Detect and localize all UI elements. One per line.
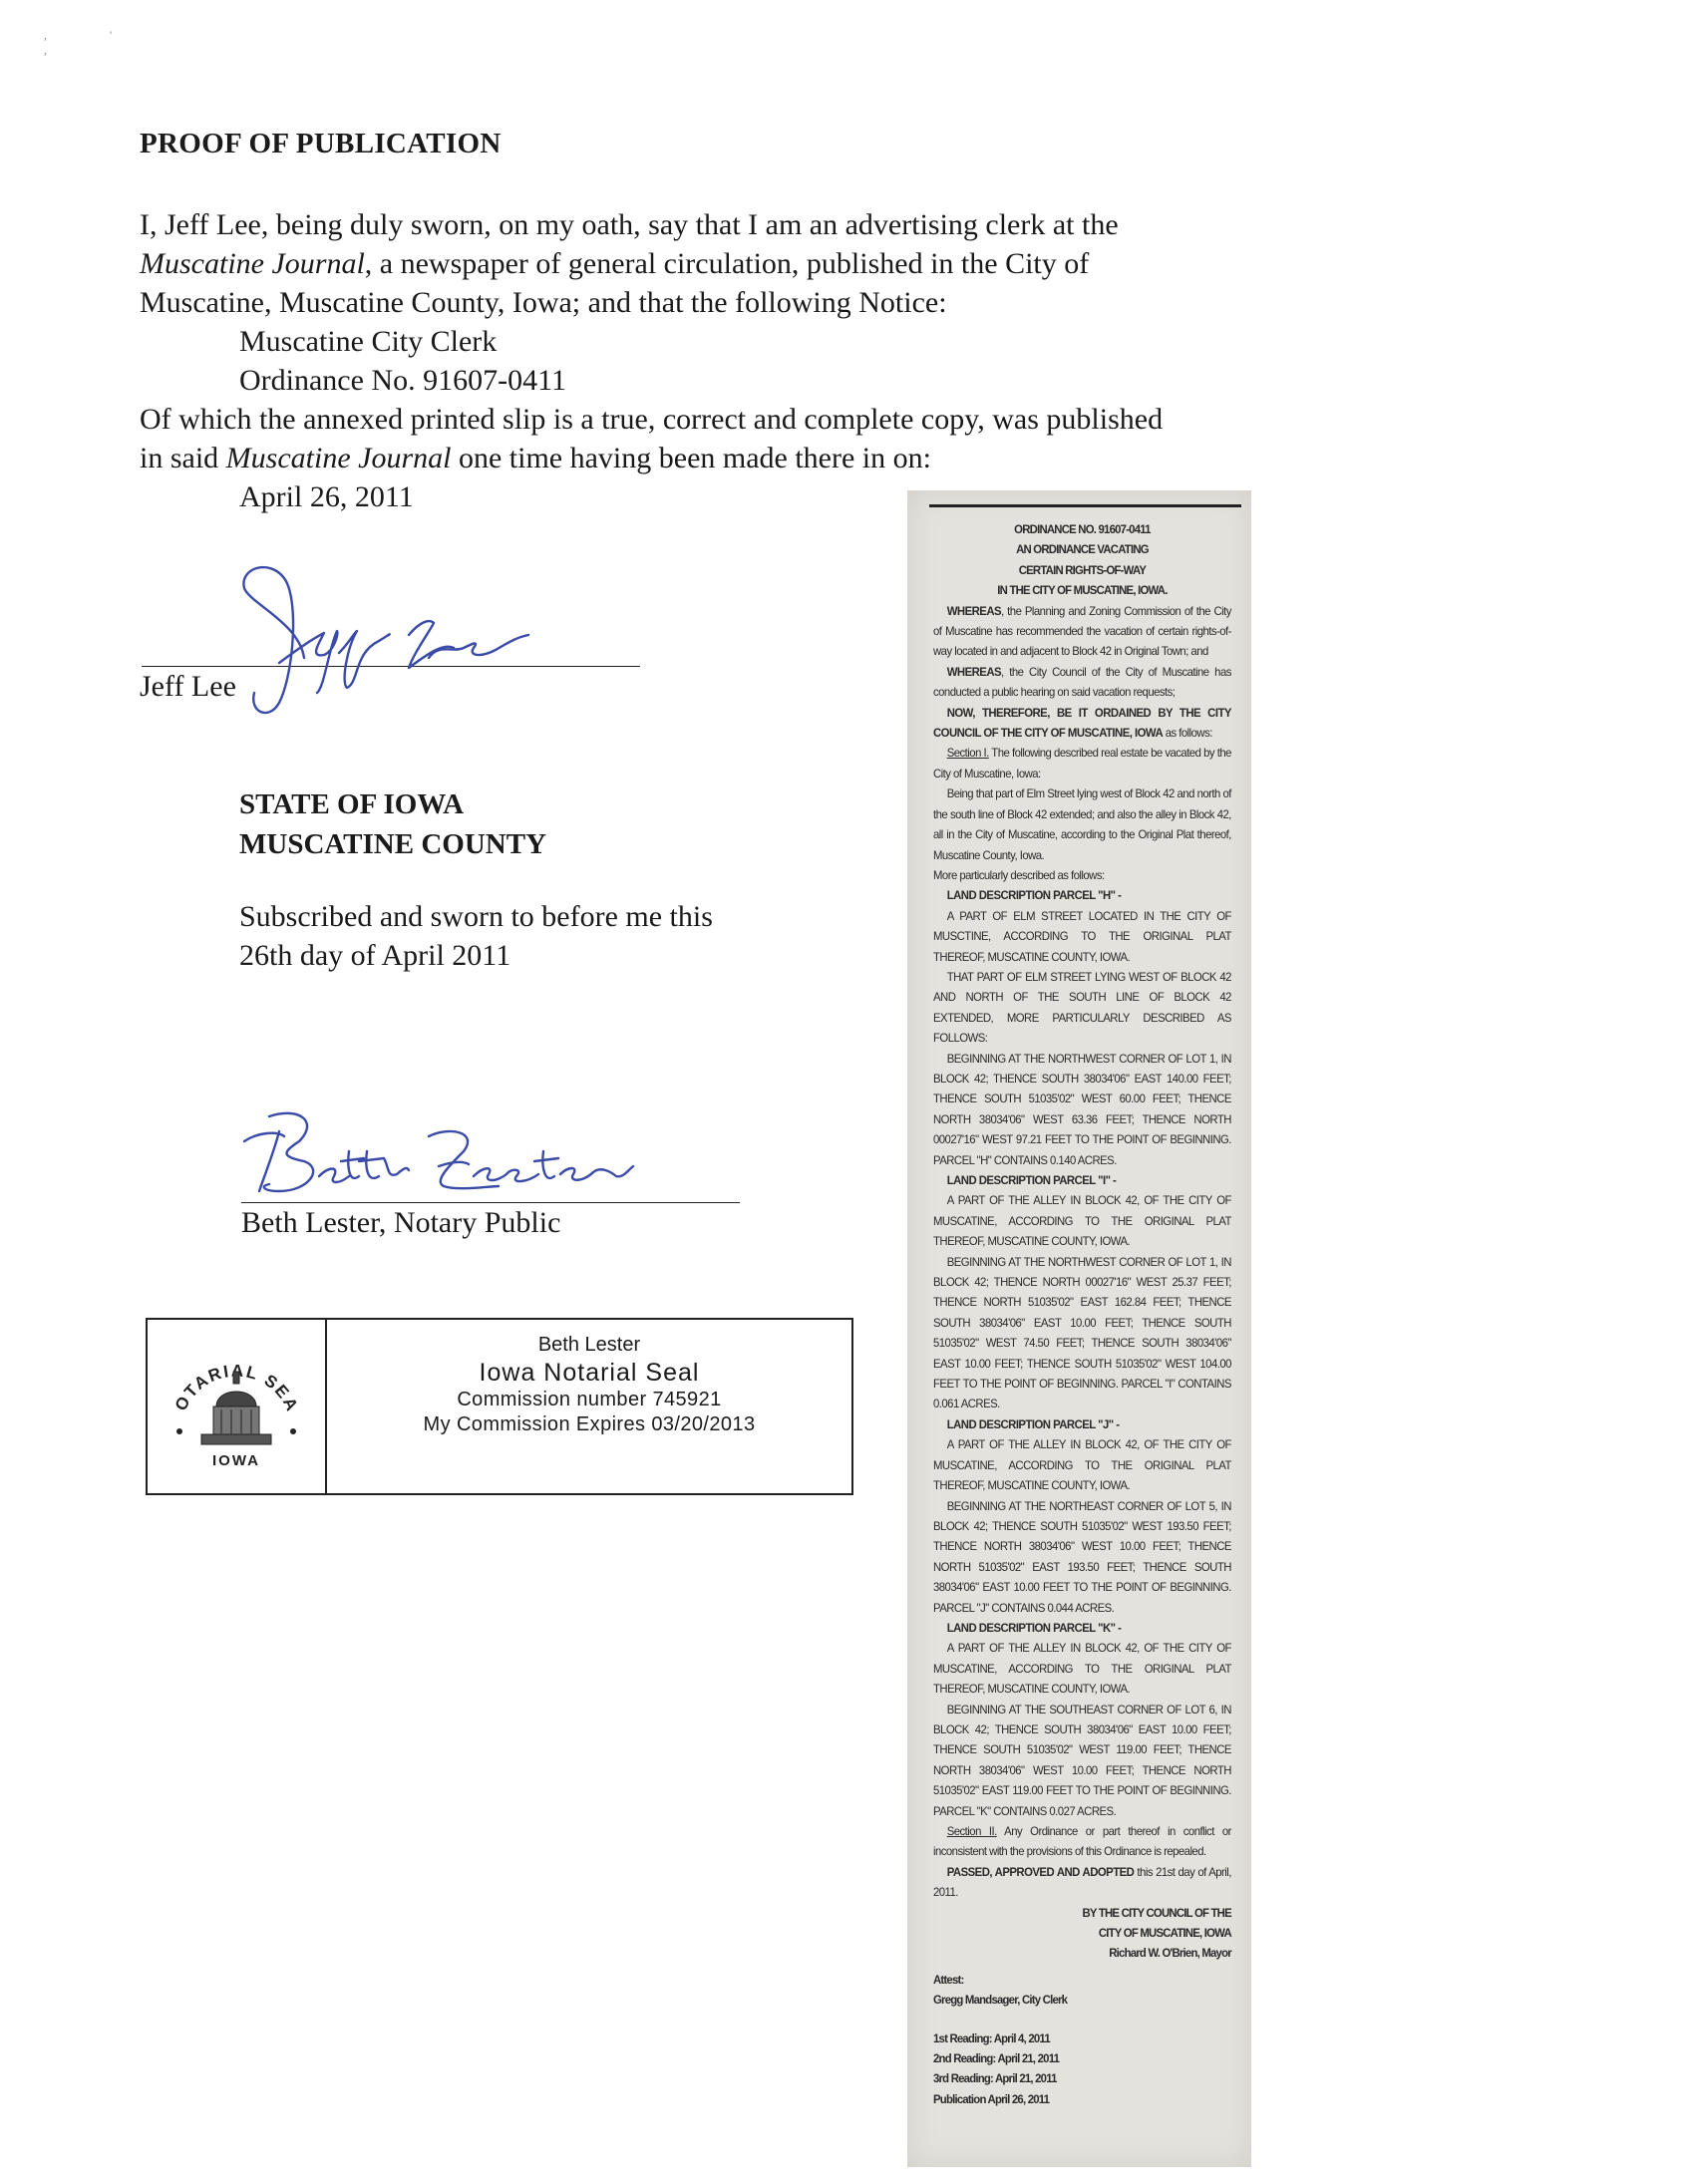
notice-line-1: Muscatine City Clerk — [140, 322, 1316, 361]
affidavit-line-5: in said Muscatine Journal one time havin… — [140, 439, 1316, 477]
jurat-line-1: Subscribed and sworn to before me this — [239, 897, 713, 936]
newspaper-clipping: ORDINANCE NO. 91607-0411 AN ORDINANCE VA… — [907, 490, 1251, 2167]
parcel-description: BEGINNING AT THE NORTHWEST CORNER OF LOT… — [933, 1050, 1231, 1171]
page-title: PROOF OF PUBLICATION — [140, 128, 502, 160]
parcel-heading: LAND DESCRIPTION PARCEL "I" - — [933, 1171, 1231, 1191]
notary-seal-stamp: NOTARIAL SEAL IOWA Beth Lester Iowa Nota… — [146, 1318, 853, 1495]
parcel-block: LAND DESCRIPTION PARCEL "I" -A PART OF T… — [933, 1171, 1231, 1415]
being-clause: Being that part of Elm Street lying west… — [933, 784, 1231, 866]
publication-line: Publication April 26, 2011 — [933, 2090, 1231, 2110]
clipping-top-rule — [929, 504, 1241, 507]
venue-state: STATE OF IOWA — [239, 784, 546, 824]
parcel-description: BEGINNING AT THE NORTHEAST CORNER OF LOT… — [933, 1497, 1231, 1619]
parcel-heading: LAND DESCRIPTION PARCEL "K" - — [933, 1619, 1231, 1639]
whereas-2: WHEREAS, the City Council of the City of… — [933, 663, 1231, 704]
capitol-dome-seal-icon: NOTARIAL SEAL IOWA — [162, 1332, 311, 1481]
signoff-line-2: CITY OF MUSCATINE, IOWA — [933, 1924, 1231, 1944]
passed-clause: PASSED, APPROVED AND ADOPTED this 21st d… — [933, 1863, 1231, 1904]
affidavit-line-2: Muscatine Journal, a newspaper of genera… — [140, 244, 1316, 283]
venue-block: STATE OF IOWA MUSCATINE COUNTY — [239, 784, 546, 864]
venue-county: MUSCATINE COUNTY — [239, 824, 546, 864]
parcel-intro: A PART OF THE ALLEY IN BLOCK 42, OF THE … — [933, 1639, 1231, 1700]
parcel-block: LAND DESCRIPTION PARCEL "J" -A PART OF T… — [933, 1415, 1231, 1619]
affiant-signature-icon — [229, 563, 588, 723]
mayor-name: Richard W. O'Brien, Mayor — [933, 1944, 1231, 1964]
ordinance-title-2: CERTAIN RIGHTS-OF-WAY — [933, 561, 1231, 581]
notary-seal-text: Beth Lester Iowa Notarial Seal Commissio… — [327, 1320, 851, 1493]
attest-name: Gregg Mandsager, City Clerk — [933, 1991, 1231, 2011]
more-particularly: More particularly described as follows: — [933, 866, 1231, 886]
section-1: Section I. The following described real … — [933, 744, 1231, 784]
scan-margin-marks: , ' , — [44, 28, 164, 48]
jurat-line-2: 26th day of April 2011 — [239, 936, 713, 975]
seal-title: Iowa Notarial Seal — [327, 1358, 851, 1388]
ordinance-title-3: IN THE CITY OF MUSCATINE, IOWA. — [933, 581, 1231, 601]
parcel-intro: A PART OF THE ALLEY IN BLOCK 42, OF THE … — [933, 1435, 1231, 1496]
affidavit-line-1: I, Jeff Lee, being duly sworn, on my oat… — [140, 205, 1316, 244]
ordinance-title-1: AN ORDINANCE VACATING — [933, 540, 1231, 560]
affiant-printed-name: Jeff Lee — [140, 670, 236, 704]
parcel-block: LAND DESCRIPTION PARCEL "K" -A PART OF T… — [933, 1619, 1231, 1822]
reading-2: 2nd Reading: April 21, 2011 — [933, 2049, 1231, 2069]
signoff-line-1: BY THE CITY COUNCIL OF THE — [933, 1904, 1231, 1924]
jurat-block: Subscribed and sworn to before me this 2… — [239, 897, 713, 975]
seal-notary-name: Beth Lester — [327, 1332, 851, 1358]
attest-label: Attest: — [933, 1971, 1231, 1991]
parcel-extra: THAT PART OF ELM STREET LYING WEST OF BL… — [933, 968, 1231, 1050]
newspaper-name-2: Muscatine Journal — [226, 442, 452, 474]
section-2: Section II. Any Ordinance or part thereo… — [933, 1822, 1231, 1863]
parcel-description: BEGINNING AT THE NORTHWEST CORNER OF LOT… — [933, 1253, 1231, 1415]
affidavit-line-3: Muscatine, Muscatine County, Iowa; and t… — [140, 283, 1316, 322]
whereas-1: WHEREAS, the Planning and Zoning Commiss… — [933, 602, 1231, 663]
ordinance-text: ORDINANCE NO. 91607-0411 AN ORDINANCE VA… — [933, 520, 1231, 2110]
ordinance-number: ORDINANCE NO. 91607-0411 — [933, 520, 1231, 540]
parcel-heading: LAND DESCRIPTION PARCEL "H" - — [933, 886, 1231, 906]
parcel-intro: A PART OF ELM STREET LOCATED IN THE CITY… — [933, 907, 1231, 968]
notary-seal-emblem: NOTARIAL SEAL IOWA — [148, 1320, 327, 1493]
parcel-description: BEGINNING AT THE SOUTHEAST CORNER OF LOT… — [933, 1701, 1231, 1822]
affidavit-line-4: Of which the annexed printed slip is a t… — [140, 400, 1316, 439]
notary-signature-icon — [239, 1106, 698, 1216]
parcel-intro: A PART OF THE ALLEY IN BLOCK 42, OF THE … — [933, 1191, 1231, 1252]
seal-commission-number: Commission number 745921 — [327, 1388, 851, 1412]
ordain-clause: NOW, THEREFORE, BE IT ORDAINED BY THE CI… — [933, 704, 1231, 745]
affidavit-paragraph: I, Jeff Lee, being duly sworn, on my oat… — [140, 205, 1316, 516]
notice-line-2: Ordinance No. 91607-0411 — [140, 361, 1316, 400]
parcel-block: LAND DESCRIPTION PARCEL "H" -A PART OF E… — [933, 886, 1231, 1171]
svg-text:IOWA: IOWA — [212, 1452, 260, 1469]
seal-commission-expires: My Commission Expires 03/20/2013 — [327, 1412, 851, 1437]
newspaper-name: Muscatine Journal — [140, 247, 365, 280]
parcel-list: LAND DESCRIPTION PARCEL "H" -A PART OF E… — [933, 886, 1231, 1822]
parcel-heading: LAND DESCRIPTION PARCEL "J" - — [933, 1415, 1231, 1435]
reading-1: 1st Reading: April 4, 2011 — [933, 2029, 1231, 2049]
reading-3: 3rd Reading: April 21, 2011 — [933, 2069, 1231, 2089]
